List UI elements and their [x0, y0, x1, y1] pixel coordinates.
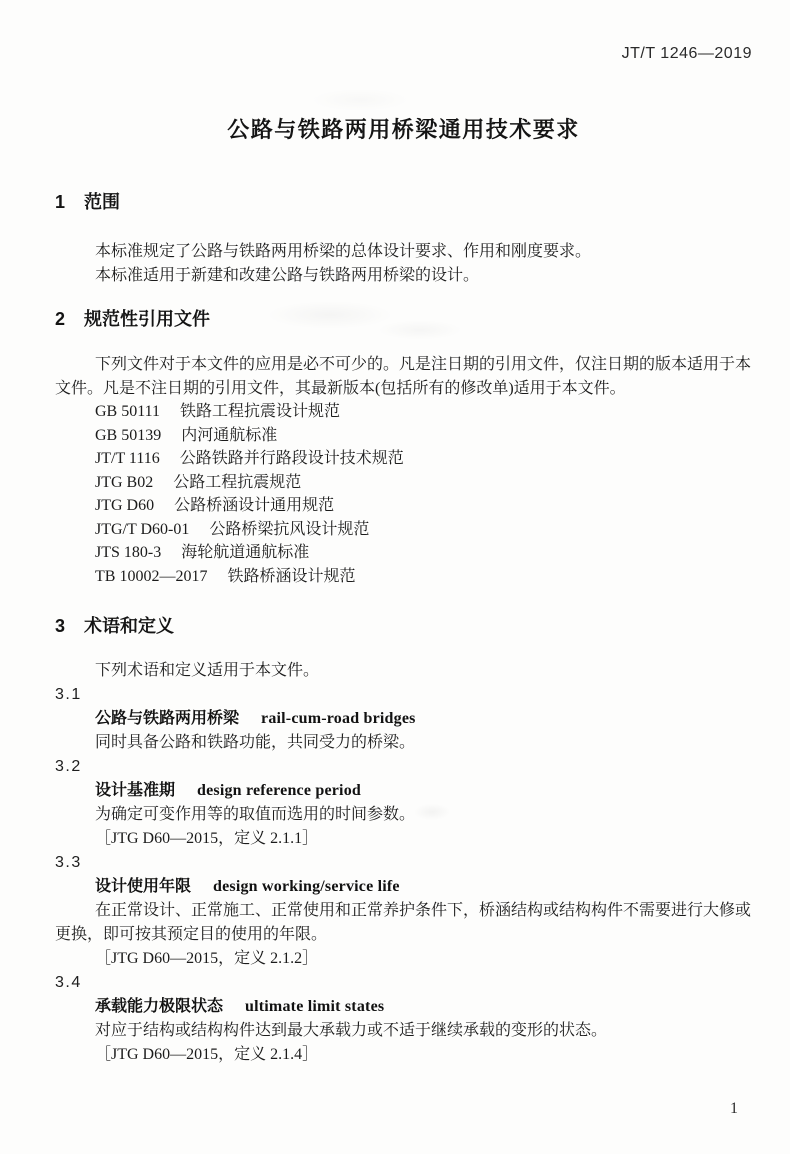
page-number: 1: [730, 1100, 738, 1118]
term-number: 3.3: [55, 851, 752, 875]
term-block-3-2: 3.2 设计基准期design reference period 为确定可变作用…: [55, 755, 752, 851]
section-1-paragraph-1: 本标准规定了公路与铁路两用桥梁的总体设计要求、作用和刚度要求。: [55, 240, 752, 264]
section-1-heading-text: 范围: [84, 192, 120, 212]
reference-code: TB 10002—2017: [95, 568, 207, 585]
term-heading: 设计基准期design reference period: [55, 779, 752, 803]
term-english: rail-cum-road bridges: [261, 710, 416, 727]
page-title: 公路与铁路两用桥梁通用技术要求: [55, 115, 752, 145]
term-number: 3.1: [55, 683, 752, 707]
reference-title: 公路工程抗震规范: [173, 474, 301, 491]
term-source-citation: ［JTG D60—2015，定义 2.1.2］: [55, 947, 752, 971]
reference-title: 海轮航道通航标准: [181, 544, 309, 561]
section-2-heading: 2规范性引用文件: [55, 309, 752, 330]
document-page: JT/T 1246—2019 公路与铁路两用桥梁通用技术要求 1范围 本标准规定…: [0, 0, 790, 1154]
reference-title: 公路铁路并行路段设计技术规范: [180, 450, 404, 467]
term-chinese: 设计使用年限: [95, 878, 191, 895]
reference-row: GB 50139内河通航标准: [95, 424, 752, 448]
term-definition: 在正常设计、正常施工、正常使用和正常养护条件下，桥涵结构或结构构件不需要进行大修…: [55, 899, 752, 947]
reference-row: JTG/T D60-01公路桥梁抗风设计规范: [95, 518, 752, 542]
term-chinese: 设计基准期: [95, 782, 175, 799]
term-source-citation: ［JTG D60—2015，定义 2.1.4］: [55, 1043, 752, 1067]
reference-title: 公路桥梁抗风设计规范: [209, 521, 369, 538]
reference-code: JTG/T D60-01: [95, 521, 189, 538]
term-english: ultimate limit states: [245, 998, 384, 1015]
terms-and-definitions: 3.1 公路与铁路两用桥梁rail-cum-road bridges 同时具备公…: [55, 683, 752, 1067]
term-chinese: 公路与铁路两用桥梁: [95, 710, 239, 727]
section-3-number: 3: [55, 616, 65, 637]
reference-title: 公路桥涵设计通用规范: [174, 497, 334, 514]
reference-code: GB 50111: [95, 403, 160, 420]
term-number: 3.4: [55, 971, 752, 995]
section-2-heading-text: 规范性引用文件: [84, 309, 210, 329]
reference-row: TB 10002—2017铁路桥涵设计规范: [95, 565, 752, 589]
term-definition: 为确定可变作用等的取值而选用的时间参数。: [55, 803, 752, 827]
term-heading: 设计使用年限design working/service life: [55, 875, 752, 899]
term-definition: 对应于结构或结构构件达到最大承载力或不适于继续承载的变形的状态。: [55, 1019, 752, 1043]
term-heading: 公路与铁路两用桥梁rail-cum-road bridges: [55, 707, 752, 731]
reference-code: JTG D60: [95, 497, 154, 514]
term-number: 3.2: [55, 755, 752, 779]
term-english: design reference period: [197, 782, 361, 799]
term-heading: 承载能力极限状态ultimate limit states: [55, 995, 752, 1019]
reference-row: GB 50111铁路工程抗震设计规范: [95, 400, 752, 424]
section-3-heading-text: 术语和定义: [84, 616, 174, 636]
reference-row: JTG B02公路工程抗震规范: [95, 471, 752, 495]
reference-code: JT/T 1116: [95, 450, 160, 467]
reference-row: JTS 180-3海轮航道通航标准: [95, 541, 752, 565]
reference-title: 铁路工程抗震设计规范: [180, 403, 340, 420]
doc-number: JT/T 1246—2019: [55, 45, 752, 63]
reference-title: 铁路桥涵设计规范: [227, 568, 355, 585]
term-block-3-3: 3.3 设计使用年限design working/service life 在正…: [55, 851, 752, 971]
normative-references-list: GB 50111铁路工程抗震设计规范 GB 50139内河通航标准 JT/T 1…: [55, 400, 752, 588]
section-1-heading: 1范围: [55, 192, 752, 213]
term-chinese: 承载能力极限状态: [95, 998, 223, 1015]
term-source-citation: ［JTG D60—2015，定义 2.1.1］: [55, 827, 752, 851]
reference-code: JTS 180-3: [95, 544, 161, 561]
term-block-3-4: 3.4 承载能力极限状态ultimate limit states 对应于结构或…: [55, 971, 752, 1067]
section-3-intro: 下列术语和定义适用于本文件。: [55, 659, 752, 683]
term-definition: 同时具备公路和铁路功能，共同受力的桥梁。: [55, 731, 752, 755]
section-3-heading: 3术语和定义: [55, 616, 752, 637]
term-english: design working/service life: [213, 878, 400, 895]
reference-row: JT/T 1116公路铁路并行路段设计技术规范: [95, 447, 752, 471]
section-1-number: 1: [55, 192, 65, 213]
section-2-intro: 下列文件对于本文件的应用是必不可少的。凡是注日期的引用文件，仅注日期的版本适用于…: [55, 353, 752, 400]
reference-title: 内河通航标准: [181, 427, 277, 444]
section-1-paragraph-2: 本标准适用于新建和改建公路与铁路两用桥梁的设计。: [55, 264, 752, 288]
reference-row: JTG D60公路桥涵设计通用规范: [95, 494, 752, 518]
term-block-3-1: 3.1 公路与铁路两用桥梁rail-cum-road bridges 同时具备公…: [55, 683, 752, 755]
reference-code: JTG B02: [95, 474, 153, 491]
reference-code: GB 50139: [95, 427, 161, 444]
section-2-number: 2: [55, 309, 65, 330]
